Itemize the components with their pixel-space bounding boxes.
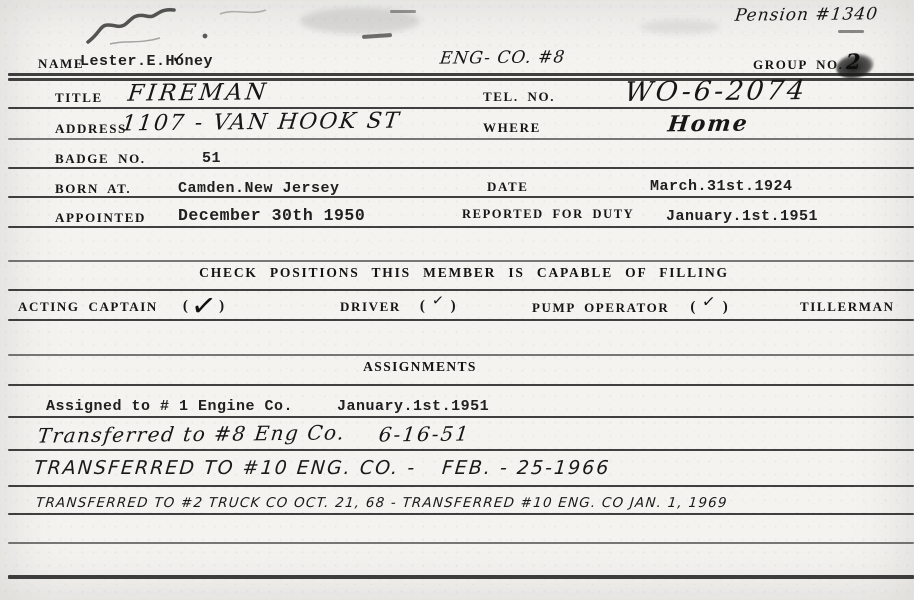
reported-label: REPORTED FOR DUTY [462,207,634,222]
rule-divider [8,416,914,418]
rule-divider [8,289,914,291]
rule-divider [8,107,914,109]
born-at-value: Camden.New Jersey [178,180,340,197]
assignment-date: FEB. - 25-1966 [441,457,611,479]
rule-divider [8,196,914,198]
tel-label: TEL. NO. [483,89,555,105]
assignment-date: January.1st.1951 [337,398,489,415]
pension-note: Pension #1340 [734,4,879,25]
address-label: ADDRESS [55,121,127,137]
assignment-text: TRANSFERRED TO #2 TRUCK CO OCT. 21, 68 -… [35,495,728,511]
position-tillerman: TILLERMAN ( [800,298,914,315]
date-label: DATE [487,179,529,195]
assignments-heading: ASSIGNMENTS [0,359,840,375]
rule-divider [8,260,914,262]
position-label: DRIVER [340,299,401,315]
name-value: Lester.E.Honey [80,53,213,70]
check-mark: ✓ [191,305,216,308]
paren-close: ) [723,299,728,316]
address-value: 1107 - VAN HOOK ST [120,109,402,137]
badge-value: 51 [202,150,221,167]
assignment-text: Assigned to # 1 Engine Co. [46,398,293,415]
position-acting-captain: ACTING CAPTAIN ( ✓ ) [18,298,224,315]
positions-heading: CHECK POSITIONS THIS MEMBER IS CAPABLE O… [14,265,914,281]
name-label: NAME [38,56,84,72]
rule-divider [8,167,914,169]
scan-dash-mark [390,10,416,13]
position-label: TILLERMAN [800,299,895,315]
reported-value: January.1st.1951 [666,208,818,225]
assignment-entry: TRANSFERRED TO #2 TRUCK CO OCT. 21, 68 -… [36,494,728,512]
badge-label: BADGE NO. [55,151,146,167]
rule-divider [8,138,914,140]
assignment-text: Transferred to #8 Eng Co. [36,420,346,447]
rule-divider [8,319,914,321]
check-mark: ✓ [701,291,716,311]
assignment-entry: Transferred to #8 Eng Co. 6-16-51 [38,422,470,446]
position-label: PUMP OPERATOR [532,300,669,316]
rule-divider [8,354,914,356]
rule-divider [8,384,914,386]
born-at-label: BORN AT. [55,181,131,197]
assignment-entry: Assigned to # 1 Engine Co. January.1st.1… [46,397,489,415]
rule-divider [8,513,914,515]
rule-divider [8,575,914,579]
position-pump-operator: PUMP OPERATOR ( ✓ ) [532,298,728,317]
assignment-text: TRANSFERRED TO #10 ENG. CO. - [33,457,417,479]
position-label: ACTING CAPTAIN [18,299,158,315]
group-value: 2 [846,49,861,74]
rule-divider [8,449,914,451]
paren-close: ) [451,298,456,315]
rule-divider [8,485,914,487]
title-value: FIREMAN [126,79,270,106]
appointed-value: December 30th 1950 [178,206,365,225]
scanned-personnel-card: Pension #1340 NAME Lester.E.Honey ✓ ENG-… [0,0,914,600]
group-label: GROUP NO. [753,57,844,73]
position-driver: DRIVER ( ✓ ) [340,298,456,315]
scan-scribble-mark [70,0,290,52]
paren-open: ( [690,299,695,316]
company-value: ENG- CO. #8 [439,47,567,68]
paren-close: ) [219,298,224,315]
scan-smudge [640,20,720,34]
check-mark: ✓ [431,292,444,309]
where-label: WHERE [483,120,541,136]
paren-open: ( [183,298,188,315]
appointed-label: APPOINTED [55,210,146,226]
name-check-mark: ✓ [171,47,187,68]
rule-divider [8,226,914,228]
where-value: Home [666,111,750,138]
assignment-date: 6-16-51 [378,422,472,447]
rule-divider [8,542,914,544]
date-value: March.31st.1924 [650,178,793,195]
scan-dash-mark [362,33,392,39]
title-label: TITLE [55,90,103,106]
tel-value: WO-6-2074 [623,75,809,108]
scan-dash-mark [838,30,864,33]
paren-open: ( [420,298,425,315]
assignment-entry: TRANSFERRED TO #10 ENG. CO. - FEB. - 25-… [34,457,611,479]
